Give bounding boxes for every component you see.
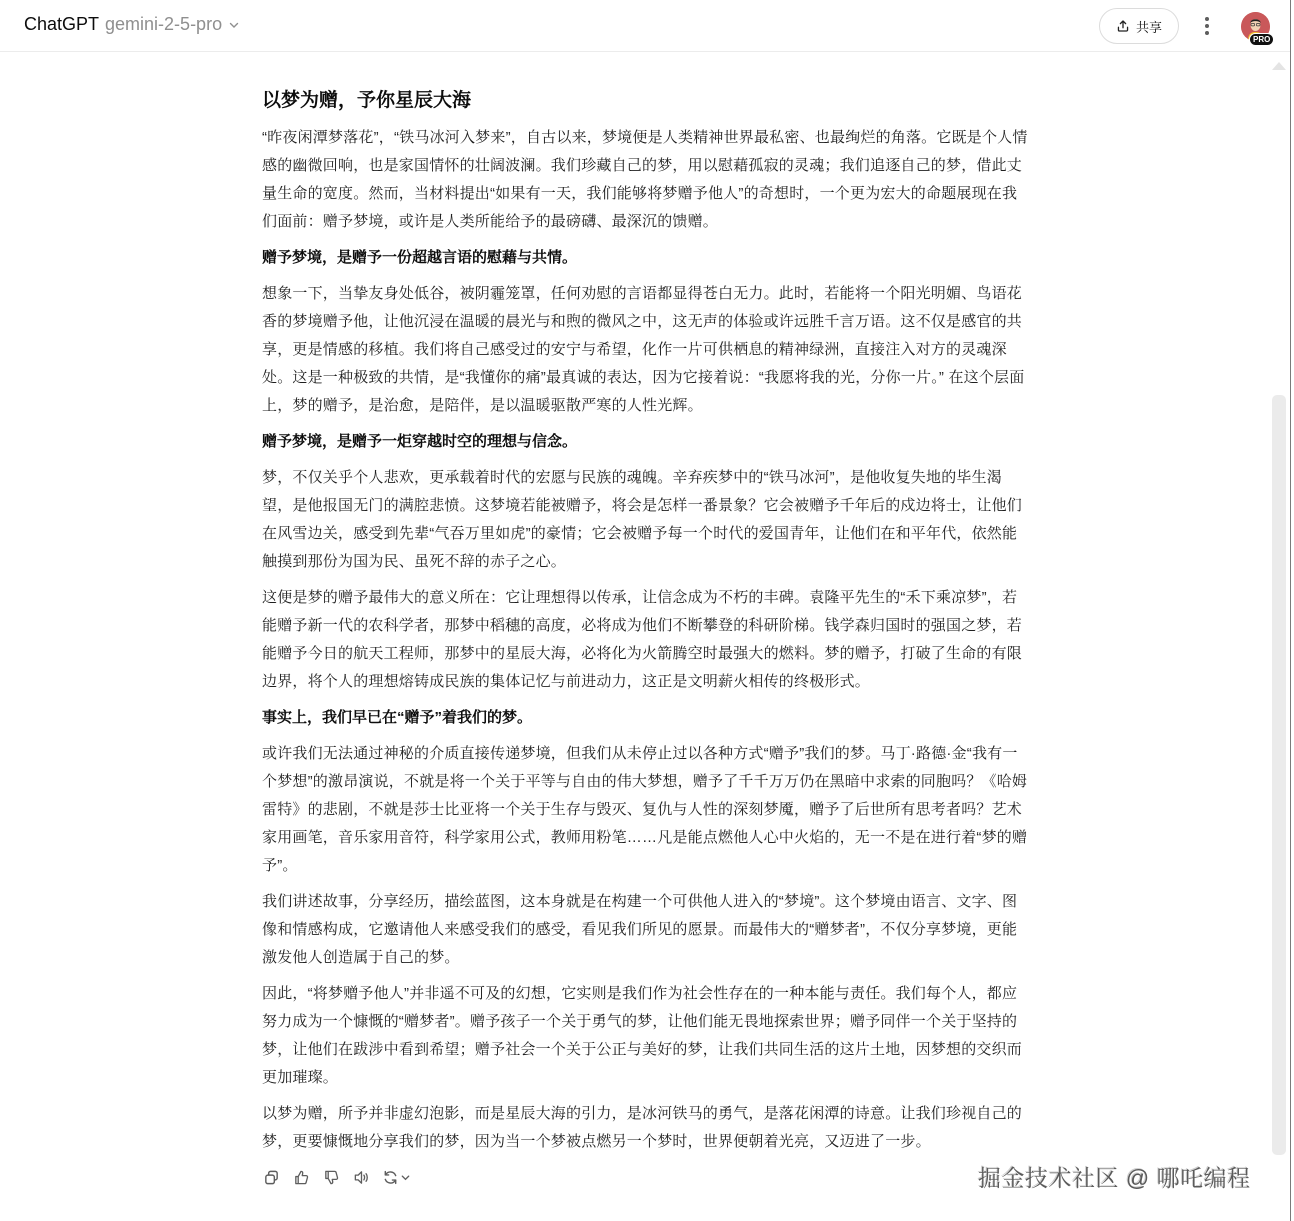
assistant-message: 以梦为赠，予你星辰大海 “昨夜闲潭梦落花”，“铁马冰河入梦来”，自古以来，梦境便…: [262, 86, 1032, 1164]
model-name: gemini-2-5-pro: [105, 14, 222, 35]
paragraph: 因此，“将梦赠予他人”并非遥不可及的幻想，它实则是我们作为社会性存在的一种本能与…: [262, 980, 1032, 1092]
paragraph: 想象一下，当挚友身处低谷，被阴霾笼罩，任何劝慰的言语都显得苍白无力。此时，若能将…: [262, 280, 1032, 420]
window-edge-divider: [1290, 0, 1291, 1221]
share-icon: [1116, 19, 1130, 33]
regenerate-button[interactable]: [382, 1169, 411, 1186]
app-name: ChatGPT: [24, 14, 99, 35]
paragraph: 梦，不仅关乎个人悲欢，更承载着时代的宏愿与民族的魂魄。辛弃疾梦中的“铁马冰河”，…: [262, 464, 1032, 576]
share-label: 共享: [1136, 17, 1162, 36]
scroll-up-arrow-icon[interactable]: [1272, 62, 1286, 70]
paragraph: 我们讲述故事，分享经历，描绘蓝图，这本身就是在构建一个可供他人进入的“梦境”。这…: [262, 888, 1032, 972]
paragraph: 这便是梦的赠予最伟大的意义所在：它让理想得以传承，让信念成为不朽的丰碑。袁隆平先…: [262, 584, 1032, 696]
pro-badge: PRO: [1249, 33, 1274, 46]
scrollbar-thumb[interactable]: [1272, 395, 1286, 1155]
top-bar: ChatGPT gemini-2-5-pro 共享 PRO: [0, 0, 1290, 52]
dot-icon: [1205, 17, 1209, 21]
chevron-down-icon: [228, 19, 240, 31]
dot-icon: [1205, 31, 1209, 35]
model-selector[interactable]: ChatGPT gemini-2-5-pro: [24, 14, 240, 35]
watermark: 掘金技术社区 @ 哪吒编程: [978, 1160, 1251, 1193]
message-actions: [262, 1168, 411, 1186]
thumbs-up-icon: [293, 1169, 310, 1186]
paragraph: “昨夜闲潭梦落花”，“铁马冰河入梦来”，自古以来，梦境便是人类精神世界最私密、也…: [262, 124, 1032, 236]
dot-icon: [1205, 24, 1209, 28]
refresh-icon: [382, 1169, 399, 1186]
section-heading: 赠予梦境，是赠予一炬穿越时空的理想与信念。: [262, 428, 1032, 456]
bad-response-button[interactable]: [322, 1168, 340, 1186]
chevron-down-icon: [400, 1172, 411, 1183]
good-response-button[interactable]: [292, 1168, 310, 1186]
copy-button[interactable]: [262, 1168, 280, 1186]
paragraph: 或许我们无法通过神秘的介质直接传递梦境，但我们从未停止过以各种方式“赠予”我们的…: [262, 740, 1032, 880]
read-aloud-button[interactable]: [352, 1168, 370, 1186]
section-heading: 赠予梦境，是赠予一份超越言语的慰藉与共情。: [262, 244, 1032, 272]
thumbs-down-icon: [323, 1169, 340, 1186]
user-avatar[interactable]: PRO: [1241, 12, 1270, 41]
speaker-icon: [353, 1169, 370, 1186]
share-button[interactable]: 共享: [1099, 8, 1179, 44]
paragraph: 以梦为赠，所予并非虚幻泡影，而是星辰大海的引力，是冰河铁马的勇气，是落花闲潭的诗…: [262, 1100, 1032, 1156]
more-options-button[interactable]: [1196, 12, 1218, 40]
section-heading: 事实上，我们早已在“赠予”着我们的梦。: [262, 704, 1032, 732]
article-title: 以梦为赠，予你星辰大海: [262, 86, 1032, 116]
copy-icon: [263, 1169, 280, 1186]
